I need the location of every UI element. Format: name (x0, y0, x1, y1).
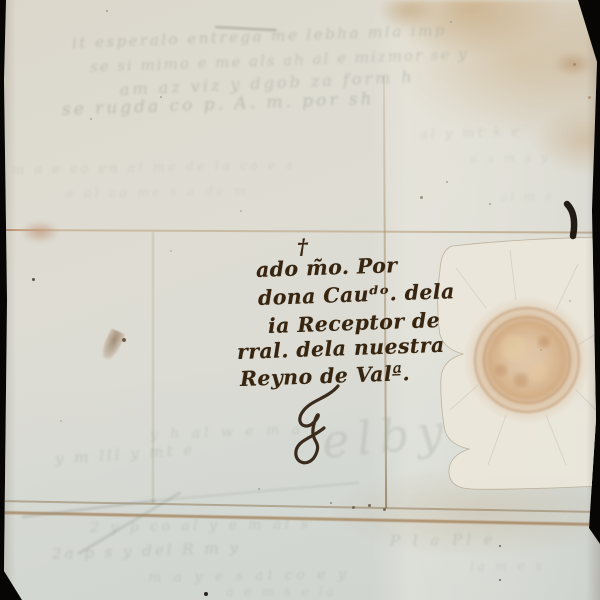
paper-speck (32, 278, 35, 281)
ghost-stroke (150, 482, 359, 502)
ghost-showthrough-text: se si mimo e me als ah al e mizmor se y (90, 45, 469, 76)
address-line: ia Receptor de (268, 308, 441, 338)
paper-speck (204, 592, 208, 596)
paper-speck (383, 508, 386, 511)
paper-speck (588, 96, 591, 99)
ink-mark (560, 200, 586, 242)
ghost-showthrough-text: m a e co en al me de la ca e s (12, 158, 296, 178)
address-line: rral. dela nuestra (237, 333, 445, 364)
ghost-showthrough-text: am az viz y dgob za form h (120, 67, 415, 99)
ghost-showthrough-text: it esperalo entrega me lebha mla imp (72, 21, 448, 52)
address-cross: † (297, 234, 309, 259)
paper-speck (446, 181, 448, 183)
ghost-showthrough-text: m a y e s al co e y (148, 566, 350, 586)
paper-speck (160, 96, 162, 98)
ink-rubric-flourish (282, 378, 352, 473)
paper-speck (352, 506, 355, 509)
ghost-stroke (215, 26, 277, 31)
ghost-showthrough-text: se rugda co p. A. m. por sh (62, 89, 375, 120)
fold-crease-horizontal-bottom-2 (0, 511, 600, 526)
ghost-showthrough-text: e a m s y (470, 151, 551, 166)
paper-speck (330, 502, 332, 504)
fold-crease-vertical-main (383, 76, 387, 508)
wax-seal (463, 296, 591, 424)
photograph-background: it esperalo entrega me lebha mla impse s… (0, 0, 600, 600)
letter-paper: it esperalo entrega me lebha mla impse s… (0, 0, 600, 600)
paper-speck (489, 203, 491, 205)
paper-speck (90, 118, 92, 120)
fold-crease-horizontal-bottom-1 (0, 500, 600, 513)
address-line: ado m̃o. Por (256, 253, 398, 282)
ghost-showthrough-text: y m lll y mt e (54, 440, 195, 468)
paper-speck (106, 10, 108, 12)
ghost-showthrough-text: 2 y p co al y e m al s (90, 516, 312, 536)
ghost-showthrough-text: 2a p s y del R m y (52, 538, 241, 563)
ghost-showthrough-text: al y mt k e (420, 124, 522, 143)
ghost-stroke (22, 500, 156, 518)
paper-speck (60, 420, 62, 422)
ghost-showthrough-text: e al co me s a de m (66, 184, 250, 202)
paper-speck (499, 545, 501, 547)
ghost-showthrough-text: la m e s (470, 559, 545, 575)
paper-speck (258, 488, 260, 490)
paper-speck (450, 21, 452, 23)
ghost-showthrough-text: P l a Pl e (390, 530, 497, 550)
fold-crease-vertical-faint (152, 232, 154, 504)
paper-speck (170, 250, 172, 252)
ghost-showthrough-text: a e m s e la (226, 585, 337, 600)
paper-speck (420, 196, 423, 199)
ghost-stroke (77, 491, 181, 555)
ink-blot (98, 328, 125, 362)
paper-speck (499, 579, 501, 581)
seal-patch (426, 230, 600, 500)
paper-speck (240, 210, 242, 212)
paper-speck (368, 504, 371, 507)
paper-speck (573, 63, 576, 66)
ghost-showthrough-text: al m e (500, 189, 555, 204)
